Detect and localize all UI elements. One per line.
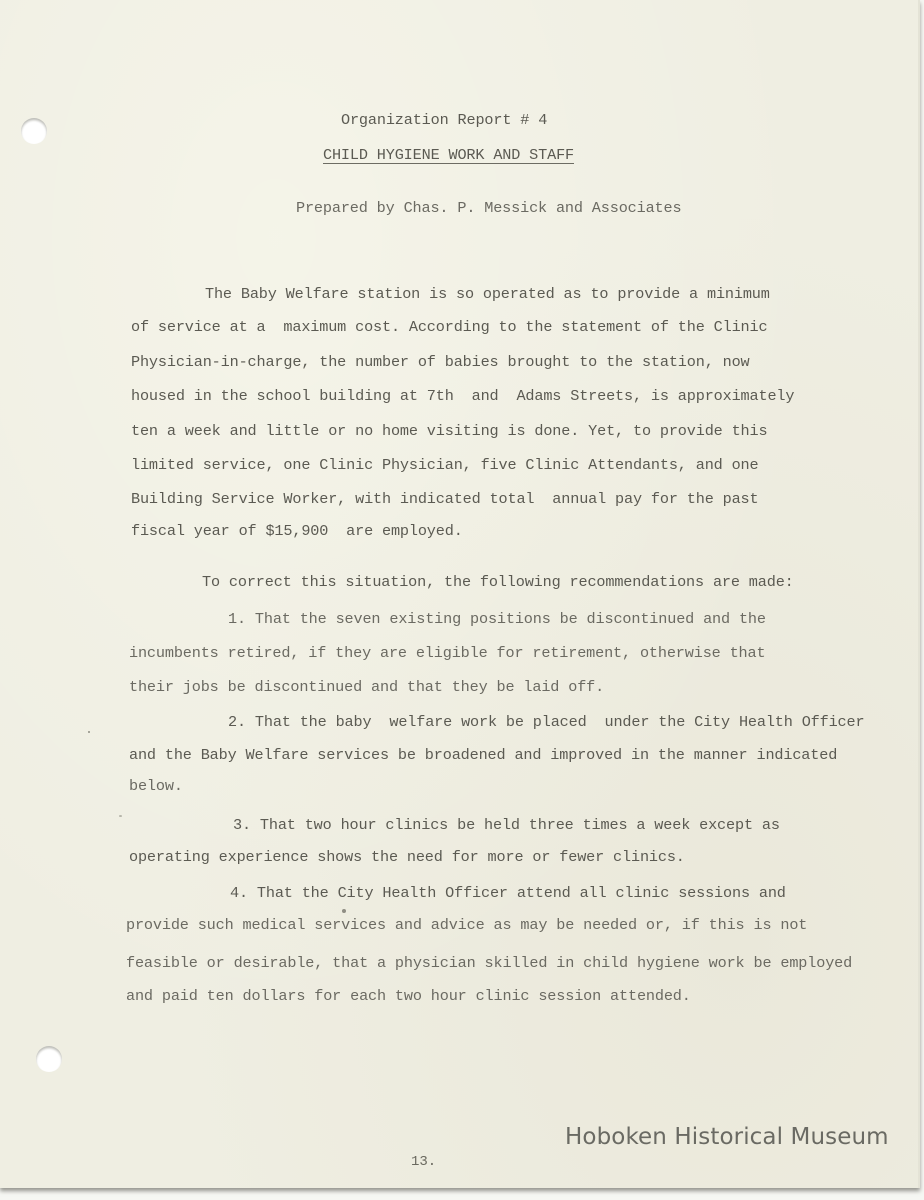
text-line: housed in the school building at 7th and… (131, 389, 794, 404)
recommendations-intro: To correct this situation, the following… (202, 575, 794, 590)
text-line: of service at a maximum cost. According … (131, 320, 767, 335)
text-line: 3. That two hour clinics be held three t… (233, 818, 780, 833)
text-line: Physician-in-charge, the number of babie… (131, 355, 750, 370)
punch-hole-bottom (36, 1046, 62, 1072)
text-line: below. (129, 779, 183, 794)
text-line: The Baby Welfare station is so operated … (205, 287, 770, 302)
text-line: 4. That the City Health Officer attend a… (230, 886, 786, 901)
page-edge (918, 0, 920, 1188)
document-title: CHILD HYGIENE WORK AND STAFF (323, 148, 574, 163)
museum-watermark: Hoboken Historical Museum (565, 1124, 889, 1150)
text-line: and paid ten dollars for each two hour c… (126, 989, 691, 1004)
text-line: operating experience shows the need for … (129, 850, 685, 865)
document-page: Organization Report # 4 CHILD HYGIENE WO… (0, 0, 920, 1188)
page-number: 13. (411, 1154, 436, 1170)
text-line: 2. That the baby welfare work be placed … (228, 715, 864, 730)
report-label: Organization Report # 4 (341, 113, 547, 128)
paper-speck (119, 815, 122, 817)
text-line: 1. That the seven existing positions be … (228, 612, 766, 627)
prepared-by: Prepared by Chas. P. Messick and Associa… (296, 201, 681, 216)
text-line: Building Service Worker, with indicated … (131, 492, 758, 507)
paper-speck (342, 909, 346, 913)
text-line: and the Baby Welfare services be broaden… (129, 748, 837, 763)
text-line: provide such medical services and advice… (126, 918, 807, 933)
punch-hole-top (21, 118, 47, 144)
paper-speck (88, 731, 90, 733)
text-line: their jobs be discontinued and that they… (129, 680, 604, 695)
text-line: ten a week and little or no home visitin… (131, 424, 767, 439)
text-line: fiscal year of $15,900 are employed. (131, 524, 463, 539)
text-line: feasible or desirable, that a physician … (126, 956, 852, 971)
text-line: incumbents retired, if they are eligible… (129, 646, 765, 661)
text-line: limited service, one Clinic Physician, f… (131, 458, 758, 473)
